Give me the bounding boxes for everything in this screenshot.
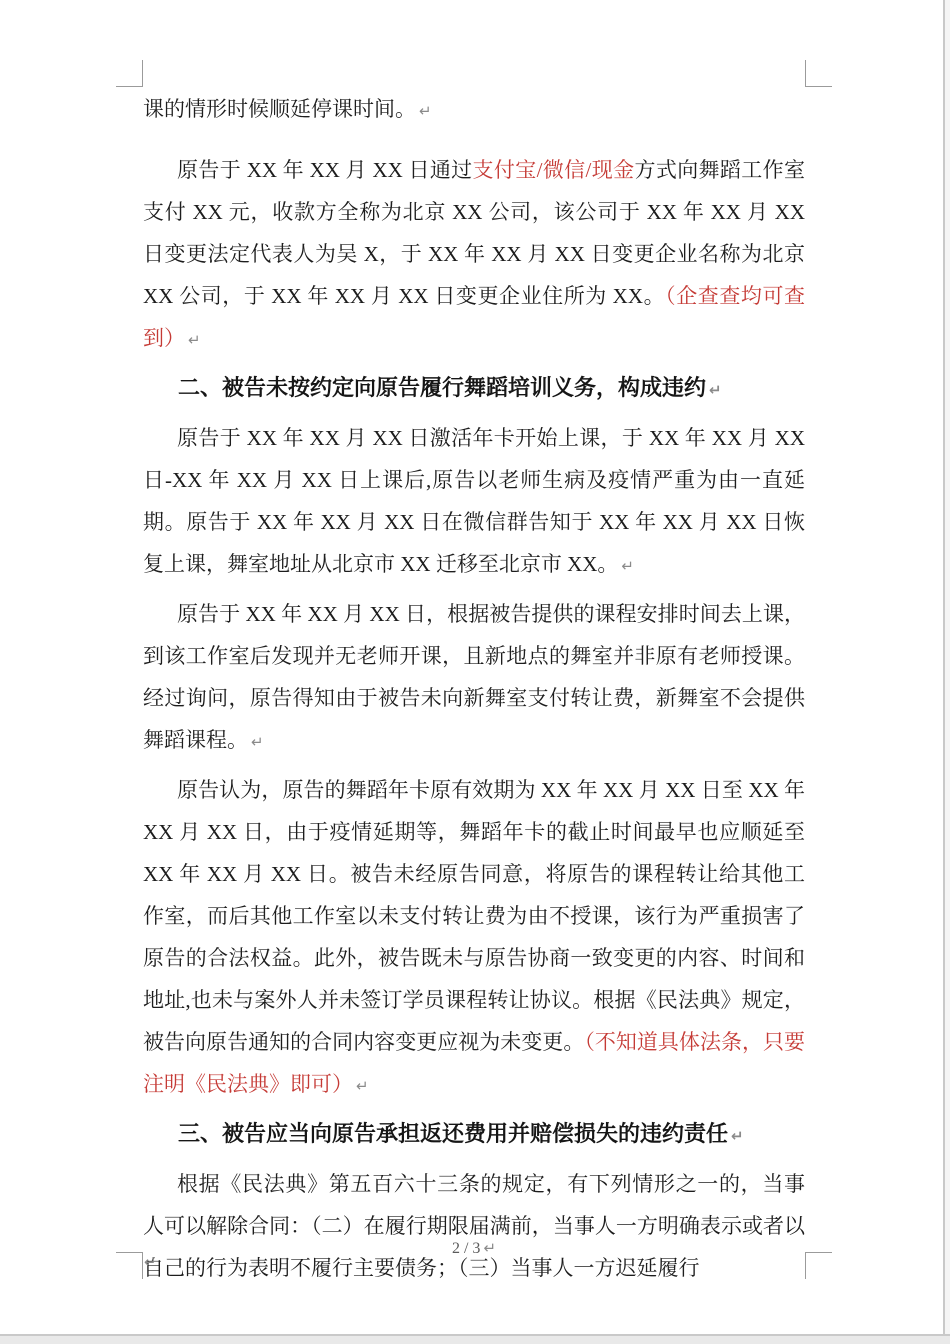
text-run: 课的情形时候顺延停课时间。 xyxy=(143,97,416,121)
paragraph[interactable]: 原告于 XX 年 XX 月 XX 日，根据被告提供的课程安排时间去上课，到该工作… xyxy=(143,593,805,763)
page-outside-area xyxy=(945,0,950,1334)
page-footer: 2 / 3↵ xyxy=(143,1237,805,1260)
document-page[interactable]: 课的情形时候顺延停课时间。↵原告于 XX 年 XX 月 XX 日通过支付宝/微信… xyxy=(0,0,950,1344)
margin-crop-mark-bottom-right-icon xyxy=(805,1252,832,1279)
text-run: 原告于 XX 年 XX 月 XX 日，根据被告提供的课程安排时间去上课，到该工作… xyxy=(143,602,805,752)
paragraph-mark-icon: ↵ xyxy=(144,1253,157,1271)
paragraph-mark-icon: ↵ xyxy=(251,733,264,751)
page-bottom-gap xyxy=(0,1334,950,1344)
document-body[interactable]: 课的情形时候顺延停课时间。↵原告于 XX 年 XX 月 XX 日通过支付宝/微信… xyxy=(143,88,805,1295)
text-run-red: 支付宝/微信/现金 xyxy=(473,158,635,182)
text-run: 二、被告未按约定向原告履行舞蹈培训义务，构成违约 xyxy=(178,375,706,400)
text-run: 原告于 XX 年 XX 月 XX 日激活年卡开始上课，于 XX 年 XX 月 X… xyxy=(143,426,805,576)
text-run: 根据《民法典》第五百六十三条的规定，有下列情形之一的，当事人可以解除合同：（二）… xyxy=(143,1172,805,1280)
paragraph[interactable]: 课的情形时候顺延停课时间。↵ xyxy=(143,88,805,132)
margin-crop-mark-top-left-icon xyxy=(116,60,143,87)
paragraph[interactable]: 原告于 XX 年 XX 月 XX 日激活年卡开始上课，于 XX 年 XX 月 X… xyxy=(143,417,805,587)
paragraph-mark-icon: ↵ xyxy=(419,102,432,120)
section-heading[interactable]: 三、被告应当向原告承担返还费用并赔偿损失的违约责任↵ xyxy=(143,1113,805,1157)
margin-crop-mark-top-right-icon xyxy=(805,60,832,87)
paragraph-mark-icon: ↵ xyxy=(483,1239,496,1257)
paragraph-mark-icon: ↵ xyxy=(731,1127,744,1145)
page-number: 2 / 3 xyxy=(452,1240,480,1257)
paragraph[interactable]: 根据《民法典》第五百六十三条的规定，有下列情形之一的，当事人可以解除合同：（二）… xyxy=(143,1163,805,1289)
paragraph-mark-icon: ↵ xyxy=(709,381,722,399)
paragraph-mark-icon: ↵ xyxy=(621,557,634,575)
text-run: 三、被告应当向原告承担返还费用并赔偿损失的违约责任 xyxy=(178,1121,728,1146)
paragraph[interactable]: 原告认为，原告的舞蹈年卡原有效期为 XX 年 XX 月 XX 日至 XX 年 X… xyxy=(143,769,805,1107)
paragraph[interactable]: 原告于 XX 年 XX 月 XX 日通过支付宝/微信/现金方式向舞蹈工作室支付 … xyxy=(143,149,805,361)
text-run: 原告认为，原告的舞蹈年卡原有效期为 XX 年 XX 月 XX 日至 XX 年 X… xyxy=(143,778,805,1054)
margin-crop-mark-bottom-left-icon xyxy=(116,1252,143,1279)
section-heading[interactable]: 二、被告未按约定向原告履行舞蹈培训义务，构成违约↵ xyxy=(143,367,805,411)
text-run: 原告于 XX 年 XX 月 XX 日通过 xyxy=(177,158,473,182)
paragraph-mark-icon: ↵ xyxy=(356,1077,369,1095)
paragraph-mark-icon: ↵ xyxy=(188,331,201,349)
